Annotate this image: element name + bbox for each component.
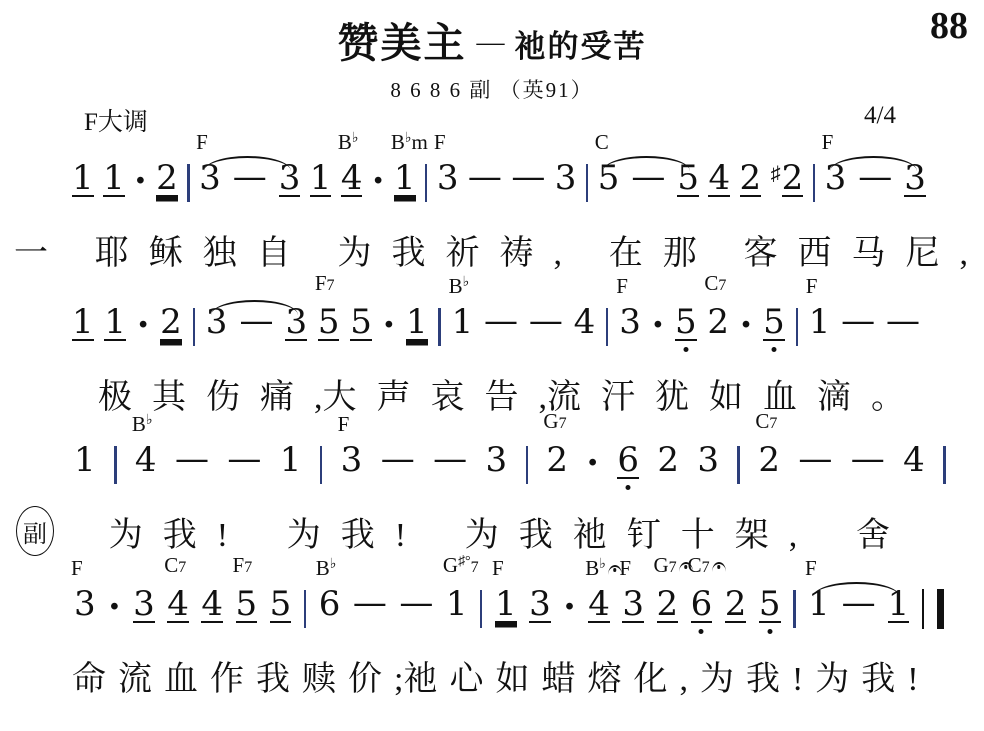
note: F1 xyxy=(495,590,517,636)
note-digit: 1 xyxy=(394,164,416,197)
chord-label: G7 xyxy=(543,411,566,434)
lyric-segment: 流汗犹如血滴。 xyxy=(547,369,925,418)
note-digit: 4 xyxy=(708,164,730,197)
rhythm-dot: · xyxy=(137,308,150,354)
title-bar: 赞美主—祂的受苦 xyxy=(0,10,984,69)
note: 1 xyxy=(72,308,94,354)
slur: F1—1 xyxy=(808,590,909,636)
lyric-segment: 舍 xyxy=(856,507,910,556)
music-line-4: F3·3C744F755B♭6——G♯°71F13·B♭4F3G72C7625F… xyxy=(0,564,984,636)
duration-dash: — xyxy=(631,164,665,210)
note-digit: 6 xyxy=(617,446,639,479)
note: F1 xyxy=(809,308,831,354)
chord-label: F xyxy=(822,132,834,152)
duration-dash: — xyxy=(227,446,261,492)
note-digit: 3 xyxy=(825,164,847,192)
duration-dash: — xyxy=(841,308,875,354)
note: 5 xyxy=(763,308,785,354)
note-digit: 4 xyxy=(167,590,189,623)
note-digit: 3 xyxy=(133,590,155,623)
chord-label: F xyxy=(338,414,350,434)
note: F3 xyxy=(437,164,459,210)
barline xyxy=(425,164,428,202)
duration-dash: — xyxy=(851,446,885,492)
meter-line: 8 6 8 6 副 （英91） xyxy=(0,74,984,104)
note: 3 xyxy=(529,590,551,636)
note: 1 xyxy=(310,164,332,210)
chord-label: B♭ xyxy=(132,411,153,434)
note: 5 xyxy=(270,590,292,636)
duration-dash: — xyxy=(886,308,920,354)
time-signature: 4/4 xyxy=(864,102,896,138)
hymn-sheet: 88 赞美主—祂的受苦 8 6 8 6 副 （英91） F大调 4/4 11·2… xyxy=(0,0,984,731)
note-digit: 1 xyxy=(808,590,830,618)
hymn-subtitle: 祂的受苦 xyxy=(515,29,647,64)
note: 3 xyxy=(206,308,228,354)
note: C72 xyxy=(758,446,780,492)
system-1: 11·2F3—31B♭4·B♭m1F3——3C5—542♯2F3—3 一耶稣独自… xyxy=(0,138,984,272)
note: 5 xyxy=(677,164,699,210)
music-line-3: 1B♭4——1F3——3G72·623C72——4 xyxy=(0,420,984,492)
duration-dash: — xyxy=(529,308,563,354)
note: 3 xyxy=(133,590,155,636)
note: 5 xyxy=(675,308,697,354)
duration-dash: — xyxy=(399,590,433,636)
barline xyxy=(114,446,117,484)
duration-dash: — xyxy=(381,446,415,492)
note-digit: 2 xyxy=(740,164,762,197)
chord-label: C xyxy=(595,132,609,152)
barline xyxy=(193,308,196,346)
note-digit: 5 xyxy=(350,308,372,341)
note-digit: 1 xyxy=(888,590,910,623)
note: F75 xyxy=(318,308,340,354)
chord-label: F7 xyxy=(233,555,253,578)
chord-label: F xyxy=(492,558,504,578)
note: 1 xyxy=(74,446,96,492)
barline xyxy=(737,446,740,484)
note: C76 xyxy=(691,590,713,636)
note: 3 xyxy=(904,164,926,210)
note: B♭m1 xyxy=(394,164,416,210)
system-4: F3·3C744F755B♭6——G♯°71F13·B♭4F3G72C7625F… xyxy=(0,564,984,698)
note: 1 xyxy=(280,446,302,492)
note-digit: 1 xyxy=(495,590,517,623)
lyric-segment: 为我! xyxy=(287,507,426,556)
note-digit: 1 xyxy=(280,446,302,474)
note-digit: 2 xyxy=(657,590,679,623)
rhythm-dot: · xyxy=(563,590,576,636)
note-digit: 1 xyxy=(72,308,94,341)
note-digit: 4 xyxy=(574,308,596,336)
barline xyxy=(943,446,946,484)
lyric-segment: 命流血作我赎价; xyxy=(72,651,415,700)
note: B♭4 xyxy=(588,590,610,636)
barline xyxy=(606,308,609,346)
note-digit: 4 xyxy=(201,590,223,623)
note: 5 xyxy=(759,590,781,636)
duration-dash: — xyxy=(353,590,387,636)
note: C5 xyxy=(598,164,620,210)
lyric-segment: 祂心如蜡熔化,为我!为我! xyxy=(403,651,930,700)
note: 6 xyxy=(617,446,639,492)
chord-label: B♭ xyxy=(316,555,337,578)
lyric-segment: 一 xyxy=(14,225,68,274)
note-digit: 3 xyxy=(555,164,577,192)
note-digit: 3 xyxy=(619,308,641,336)
lyric-segment: 耶稣独自 xyxy=(95,225,311,274)
note-digit: 5 xyxy=(270,590,292,623)
note-digit: 3 xyxy=(529,590,551,623)
note-digit: 4 xyxy=(903,446,925,474)
note-digit: 5 xyxy=(675,308,697,341)
note: 4 xyxy=(708,164,730,210)
chord-label: C7 xyxy=(164,555,186,578)
note: 5 xyxy=(350,308,372,354)
chord-label: B♭m xyxy=(391,129,428,152)
note-digit: 5 xyxy=(677,164,699,197)
chord-label: C7 xyxy=(755,411,777,434)
chord-label: F xyxy=(434,132,446,152)
note: 1 xyxy=(72,164,94,210)
note-digit: 3 xyxy=(341,446,363,474)
chord-label: F xyxy=(619,558,631,578)
note-digit: 2 xyxy=(707,308,729,336)
system-3: 1B♭4——1F3——3G72·623C72——4 副为我!为我!为我祂钉十架,… xyxy=(0,420,984,554)
chord-label: F xyxy=(805,558,817,578)
duration-dash: — xyxy=(175,446,209,492)
barline xyxy=(438,308,441,346)
duration-dash: — xyxy=(798,446,832,492)
note-digit: 2 xyxy=(156,164,178,197)
lyrics-line-1: 一耶稣独自为我祈祷,在那客西马尼, xyxy=(0,226,984,272)
note-digit: 1 xyxy=(310,164,332,197)
note-digit: 5 xyxy=(763,308,785,341)
barline xyxy=(526,446,529,484)
note: 4 xyxy=(574,308,596,354)
duration-dash: — xyxy=(233,164,267,210)
lyric-segment: 客西马尼, xyxy=(744,225,984,274)
note: F3 xyxy=(199,164,221,210)
note-digit: 2 xyxy=(758,446,780,474)
note: F75 xyxy=(236,590,258,636)
refrain-mark: 副 xyxy=(16,506,54,556)
note-digit: 1 xyxy=(809,308,831,336)
duration-dash: — xyxy=(468,164,502,210)
note-digit: 6 xyxy=(319,590,341,618)
note-digit: 5 xyxy=(236,590,258,623)
note: 2 xyxy=(725,590,747,636)
note: B♭4 xyxy=(341,164,363,210)
note: 1 xyxy=(103,164,125,210)
lyric-segment: 大声哀告, xyxy=(323,369,568,418)
duration-dash: — xyxy=(433,446,467,492)
duration-dash: — xyxy=(484,308,518,354)
note-digit: 4 xyxy=(588,590,610,623)
note-digit: 1 xyxy=(446,590,468,618)
note: 2 xyxy=(160,308,182,354)
rhythm-dot: · xyxy=(383,308,396,354)
note-digit: 2 xyxy=(657,446,679,474)
note-digit: 1 xyxy=(452,308,474,336)
note: 1 xyxy=(406,308,428,354)
barline xyxy=(796,308,799,346)
chord-label: G♯°7 xyxy=(443,552,479,578)
note: 2 xyxy=(156,164,178,210)
note-digit: 3 xyxy=(285,308,307,341)
barline xyxy=(187,164,190,202)
sharp-accidental: ♯ xyxy=(771,165,781,183)
rhythm-dot: · xyxy=(108,590,121,636)
music-line-2: 11·23—3F755·1B♭1——4F3·5C72·5F1—— xyxy=(0,282,984,354)
note: C74 xyxy=(167,590,189,636)
slur: 3—3 xyxy=(206,308,307,354)
note-digit: 2 xyxy=(160,308,182,341)
rhythm-dot: · xyxy=(586,446,599,492)
slur: F3—3 xyxy=(825,164,926,210)
note-digit: 3 xyxy=(279,164,301,197)
note-digit: 2 xyxy=(725,590,747,623)
note-digit: 4 xyxy=(341,164,363,197)
rhythm-dot: · xyxy=(372,164,385,210)
hymn-title: 赞美主 xyxy=(338,20,467,66)
chord-label: B♭ xyxy=(585,555,622,578)
chord-label: B♭ xyxy=(449,273,470,296)
note-digit: 3 xyxy=(485,446,507,474)
note: 1 xyxy=(104,308,126,354)
note-digit: 3 xyxy=(199,164,221,192)
note: C72 xyxy=(707,308,729,354)
note: B♭4 xyxy=(135,446,157,492)
final-barline xyxy=(922,589,944,629)
note: 3 xyxy=(485,446,507,492)
lyric-segment: 在那 xyxy=(609,225,717,274)
chord-label: F xyxy=(806,276,818,296)
rhythm-dot: · xyxy=(652,308,665,354)
duration-dash: — xyxy=(842,590,876,636)
note-digit: 1 xyxy=(72,164,94,197)
chord-label: C7 xyxy=(688,555,726,578)
chord-label: F xyxy=(71,558,83,578)
barline xyxy=(586,164,589,202)
barline xyxy=(813,164,816,202)
note-digit: 3 xyxy=(206,308,228,336)
lyrics-line-2: 极其伤痛,大声哀告,流汗犹如血滴。 xyxy=(0,370,984,416)
note: 1 xyxy=(888,590,910,636)
note-digit: 3 xyxy=(622,590,644,623)
note: 3 xyxy=(555,164,577,210)
note-digit: 6 xyxy=(691,590,713,623)
note: F3 xyxy=(825,164,847,210)
chord-label: C7 xyxy=(704,273,726,296)
note: 3 xyxy=(279,164,301,210)
system-2: 11·23—3F755·1B♭1——4F3·5C72·5F1—— 极其伤痛,大声… xyxy=(0,282,984,416)
fermata-icon xyxy=(712,562,726,572)
barline xyxy=(480,590,483,628)
note: F1 xyxy=(808,590,830,636)
note: 3 xyxy=(697,446,719,492)
chord-label: B♭ xyxy=(338,129,359,152)
note: B♭1 xyxy=(452,308,474,354)
lyric-segment: 为我! xyxy=(109,507,248,556)
lyric-segment: 为我祂钉十架, xyxy=(465,507,818,556)
note: G♯°71 xyxy=(446,590,468,636)
note-digit: 1 xyxy=(74,446,96,474)
note-digit: 5 xyxy=(759,590,781,623)
note-digit: 1 xyxy=(406,308,428,341)
rhythm-dot: · xyxy=(134,164,147,210)
title-dash: — xyxy=(477,27,505,58)
note: B♭6 xyxy=(319,590,341,636)
barline xyxy=(793,590,796,628)
note: F3 xyxy=(74,590,96,636)
barline xyxy=(304,590,307,628)
duration-dash: — xyxy=(511,164,545,210)
chord-label: F xyxy=(196,132,208,152)
duration-dash: — xyxy=(858,164,892,210)
note: 4 xyxy=(201,590,223,636)
note: 2 xyxy=(657,446,679,492)
note-digit: 3 xyxy=(697,446,719,474)
note-digit: 5 xyxy=(598,164,620,192)
note-digit: 1 xyxy=(103,164,125,197)
lyrics-line-3: 副为我!为我!为我祂钉十架,舍 xyxy=(0,508,984,554)
duration-dash: — xyxy=(239,308,273,354)
music-line-1: 11·2F3—31B♭4·B♭m1F3——3C5—542♯2F3—3 xyxy=(0,138,984,210)
rhythm-dot: · xyxy=(740,308,753,354)
note: ♯2 xyxy=(771,164,804,210)
note: F3 xyxy=(619,308,641,354)
chord-label: F7 xyxy=(315,273,335,296)
barline xyxy=(320,446,323,484)
note: G72 xyxy=(546,446,568,492)
note: 2 xyxy=(740,164,762,210)
note-digit: 2 xyxy=(546,446,568,474)
note-digit: 3 xyxy=(74,590,96,618)
note: F3 xyxy=(622,590,644,636)
note-digit: 3 xyxy=(437,164,459,192)
lyric-segment: 为我祈祷, xyxy=(338,225,583,274)
slur: C5—5 xyxy=(598,164,699,210)
key-signature: F大调 xyxy=(84,102,148,138)
slur: F3—3 xyxy=(199,164,300,210)
note: F3 xyxy=(341,446,363,492)
note-digit: 3 xyxy=(904,164,926,197)
chord-label: F xyxy=(616,276,628,296)
note-digit: 5 xyxy=(318,308,340,341)
lyrics-line-4: 命流血作我赎价;祂心如蜡熔化,为我!为我! xyxy=(0,652,984,698)
note: 4 xyxy=(903,446,925,492)
note: 3 xyxy=(285,308,307,354)
note-digit: 2 xyxy=(782,164,804,197)
note: G72 xyxy=(657,590,679,636)
note-digit: 4 xyxy=(135,446,157,474)
note-digit: 1 xyxy=(104,308,126,341)
